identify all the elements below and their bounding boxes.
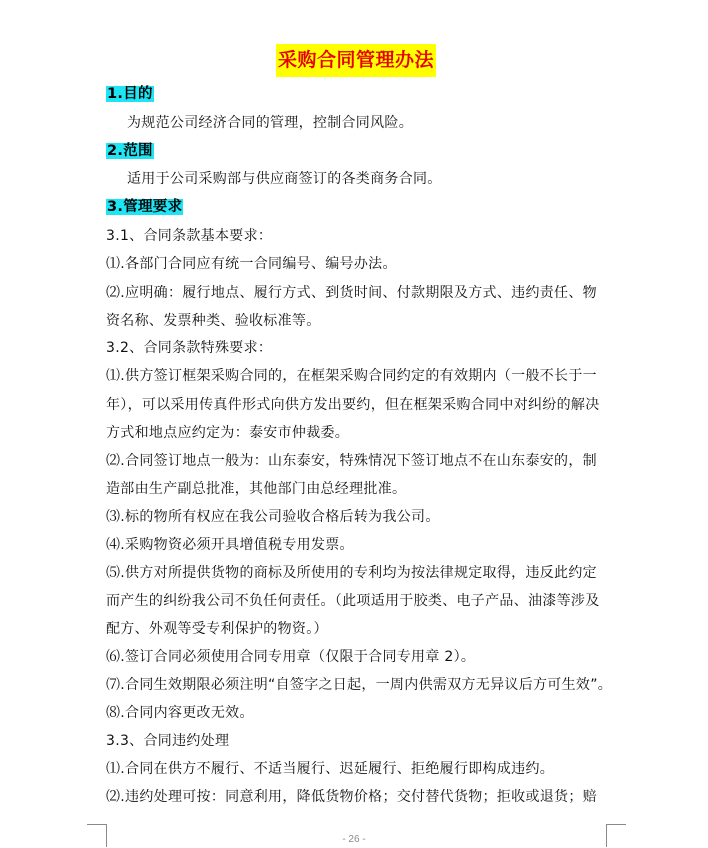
scope-text: 适用于公司采购部与供应商签订的各类商务合同。 (127, 169, 442, 189)
list-item: ⑺.合同生效期限必须注明“自签字之日起，一周内供需双方无异议后方可生效”。 (106, 675, 612, 695)
purpose-text: 为规范公司经济合同的管理，控制合同风险。 (127, 113, 413, 133)
subsection-title-3-1: 3.1、合同条款基本要求： (106, 226, 272, 246)
list-item: ⑴.各部门合同应有统一合同编号、编号办法。 (106, 254, 397, 274)
list-item: ⑶.标的物所有权应在我公司验收合格后转为我公司。 (106, 507, 440, 527)
heading-highlight: 2.范围 (106, 143, 154, 159)
list-item: ⑷.采购物资必须开具增值税专用发票。 (106, 535, 354, 555)
list-item: ⑵.应明确：履行地点、履行方式、到货时间、付款期限及方式、违约责任、物 (106, 283, 597, 303)
document-page: 采购合同管理办法 1.目的 为规范公司经济合同的管理，控制合同风险。 2.范围 … (0, 0, 708, 848)
list-item-continuation: 年），可以采用传真件形式向供方发出要约，但在框架采购合同中对纠纷的解决 (106, 395, 600, 415)
subsection-title-3-2: 3.2、合同条款特殊要求： (106, 338, 272, 358)
list-item: ⑸.供方对所提供货物的商标及所使用的专利均为按法律规定取得，违反此约定 (106, 563, 597, 583)
list-item: ⑴.合同在供方不履行、不适当履行、迟延履行、拒绝履行即构成违约。 (106, 759, 554, 779)
list-item: ⑻.合同内容更改无效。 (106, 703, 254, 723)
list-item-continuation: 方式和地点应约定为：泰安市仲裁委。 (106, 423, 349, 443)
list-item-continuation: 配方、外观等受专利保护的物资。） (106, 619, 328, 639)
list-item: ⑹.签订合同必须使用合同专用章（仅限于合同专用章 2）。 (106, 647, 475, 667)
section-heading-requirements: 3.管理要求 (106, 196, 183, 218)
title-container: 采购合同管理办法 (0, 44, 708, 77)
subsection-title-3-3: 3.3、合同违约处理 (106, 731, 229, 751)
heading-highlight: 1.目的 (106, 86, 154, 102)
page-number: - 26 - (0, 834, 708, 845)
section-heading-purpose: 1.目的 (106, 83, 154, 105)
list-item: ⑵.违约处理可按：同意利用，降低货物价格；交付替代货物；拒收或退货；赔 (106, 787, 597, 807)
list-item-continuation: 而产生的纠纷我公司不负任何责任。（此项适用于胶类、电子产品、油漆等涉及 (106, 591, 600, 611)
document-title: 采购合同管理办法 (276, 44, 436, 77)
list-item: ⑵.合同签订地点一般为：山东泰安，特殊情况下签订地点不在山东泰安的，制 (106, 451, 597, 471)
section-heading-scope: 2.范围 (106, 140, 154, 162)
list-item-continuation: 造部由生产副总批准，其他部门由总经理批准。 (106, 479, 406, 499)
heading-highlight: 3.管理要求 (106, 199, 183, 215)
list-item-continuation: 资名称、发票种类、验收标准等。 (106, 311, 321, 331)
list-item: ⑴.供方签订框架采购合同的，在框架采购合同约定的有效期内（一般不长于一 (106, 366, 597, 386)
